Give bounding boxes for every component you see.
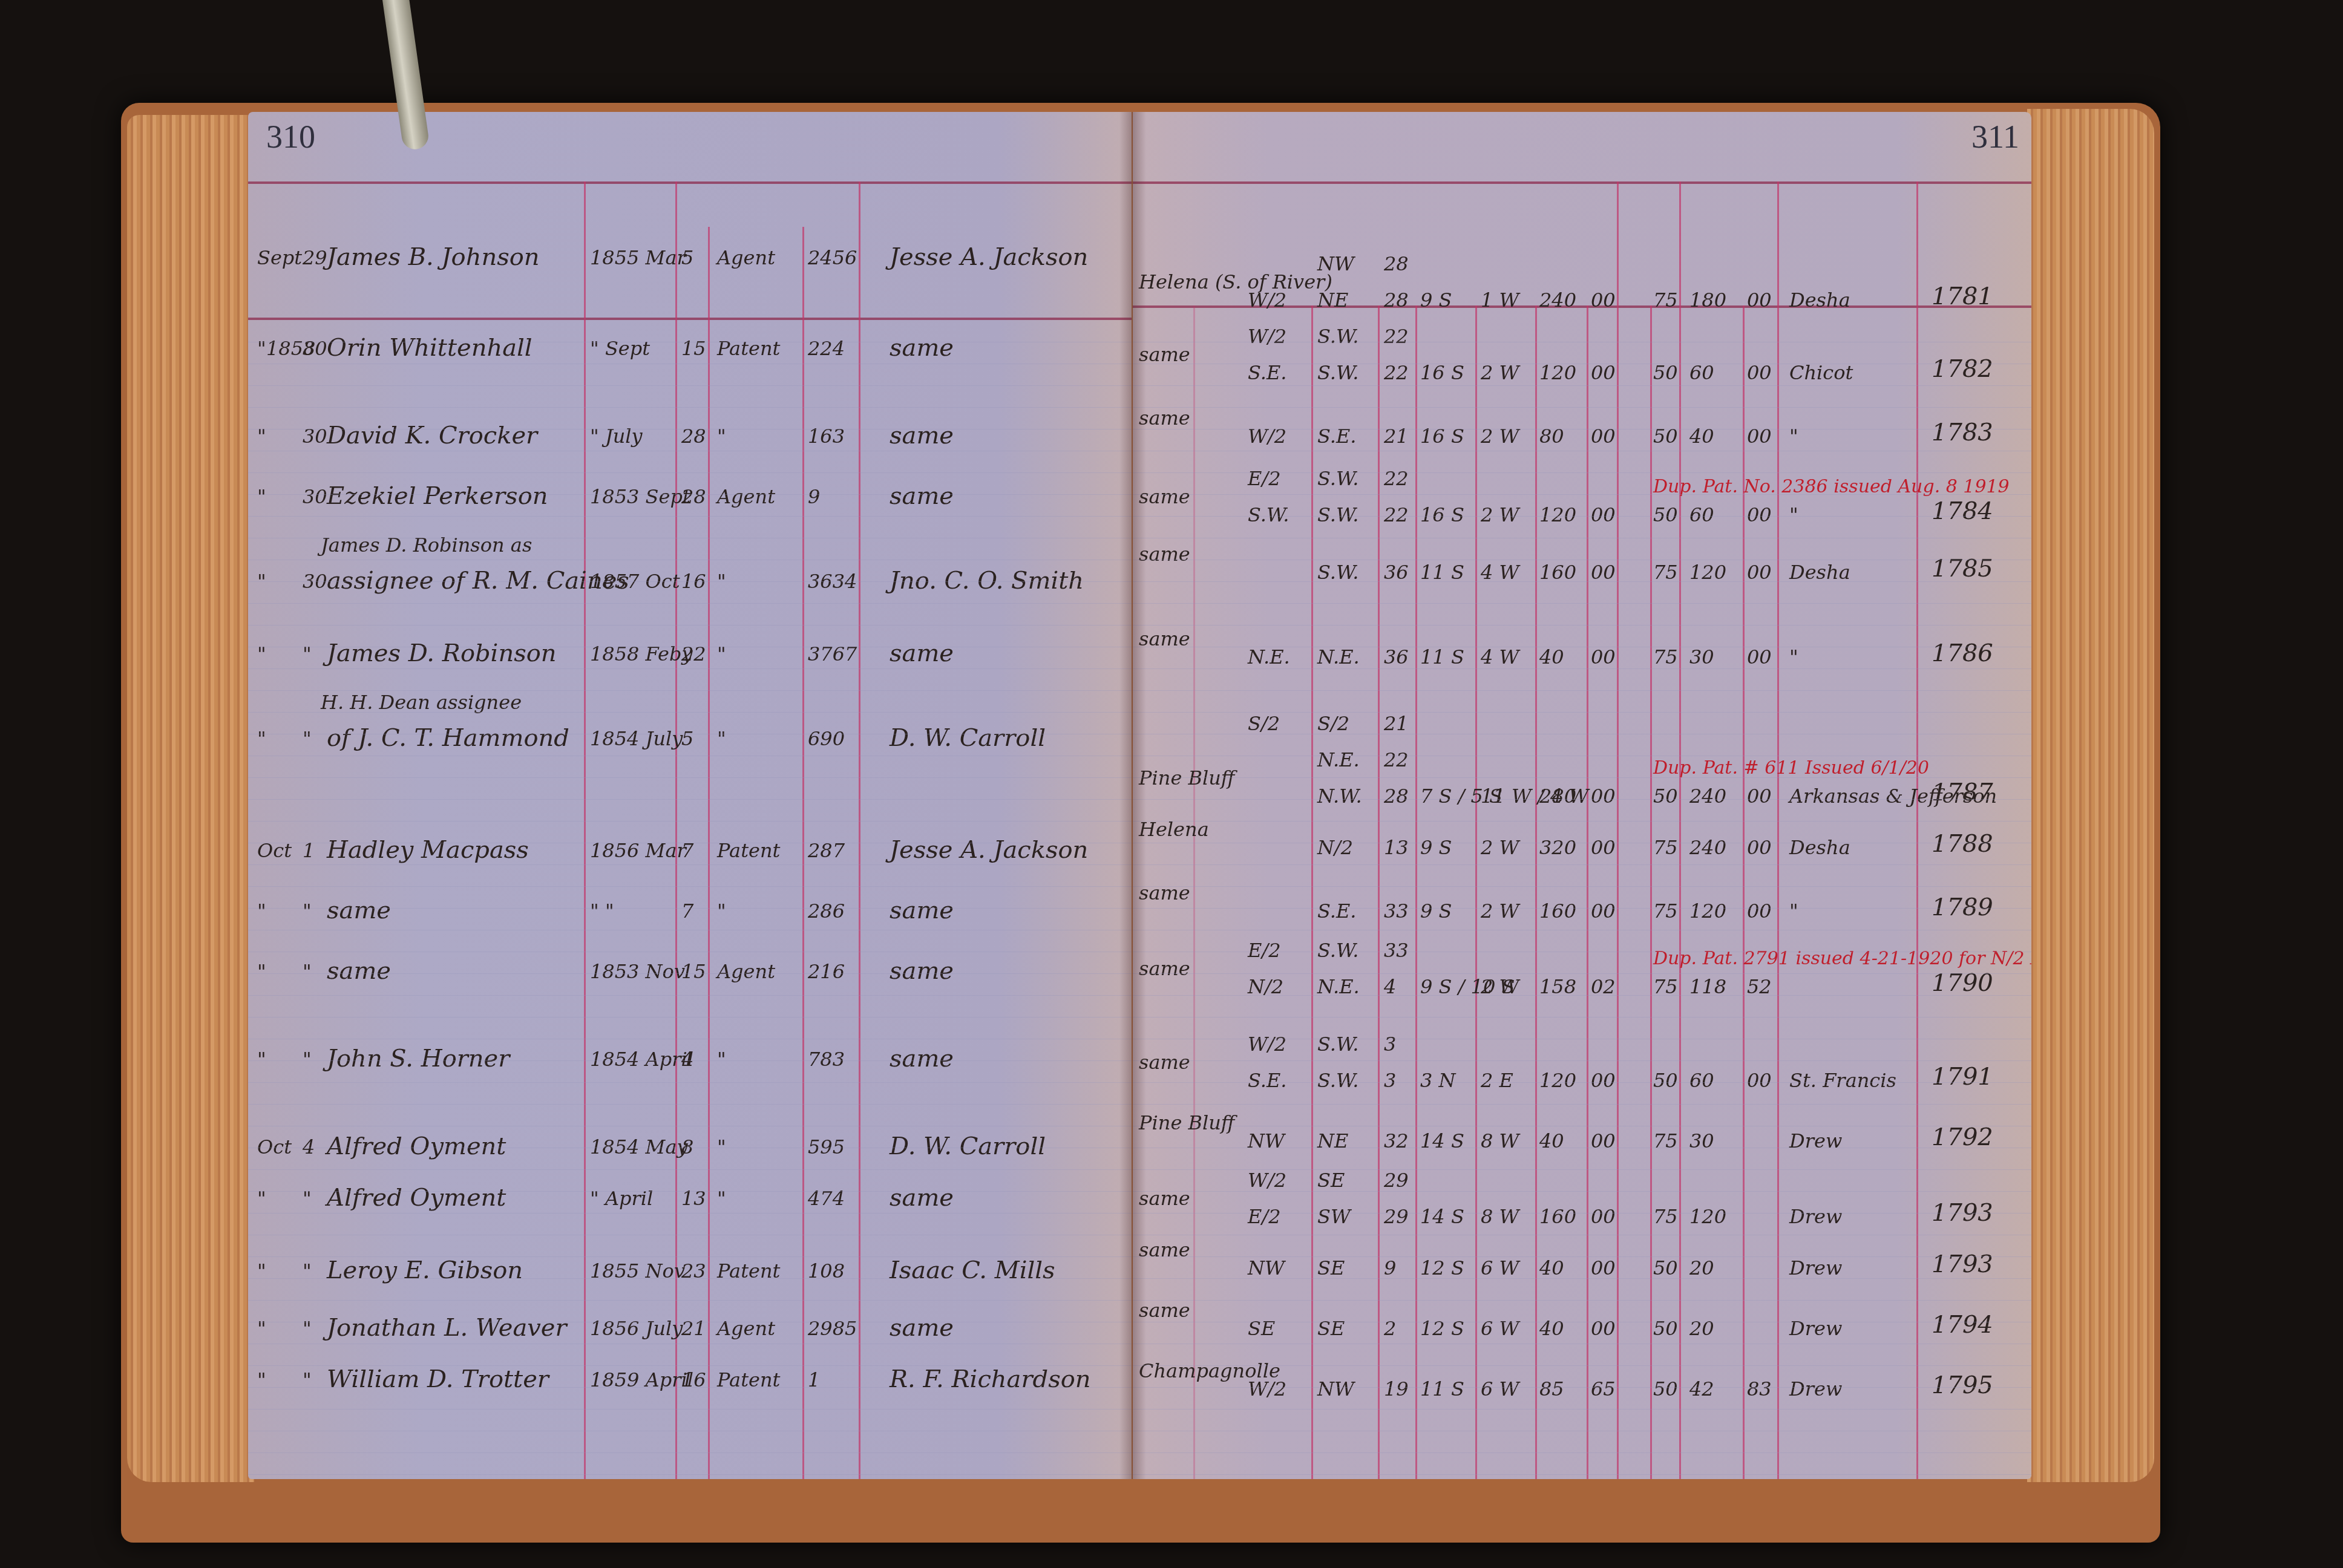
entry-rate: 75	[1653, 901, 1678, 921]
entry-acres: 280	[1539, 786, 1576, 806]
ruled-line	[1133, 1017, 2031, 1018]
entry-patent-no: 1789	[1932, 895, 1993, 920]
ruled-line	[248, 1474, 1132, 1475]
entry-patent-no: 1784	[1932, 499, 1993, 523]
entry-part: NW	[1248, 1258, 1285, 1278]
entry-quarter: N/2	[1317, 838, 1353, 857]
entry-acres: 40	[1539, 1258, 1564, 1278]
ruled-line	[248, 1082, 1132, 1083]
ruled-line	[1133, 734, 2031, 734]
ruled-line	[248, 973, 1132, 974]
ruled-line	[248, 843, 1132, 843]
entry-range: 2 W	[1481, 901, 1519, 921]
entry-quarter: S.W.	[1317, 563, 1358, 582]
entry-cert-day: 15	[681, 962, 706, 981]
entry-quarter: S.W.	[1317, 327, 1358, 346]
entry-rate: 50	[1653, 1258, 1678, 1278]
entry-acres: 240	[1539, 290, 1576, 310]
entry-cert-day: 7	[681, 901, 693, 921]
entry-quarter: S.E.	[1317, 901, 1356, 921]
entry-agent: same	[890, 1047, 954, 1071]
entry-day: "	[303, 729, 312, 748]
entry-acres-fraction: 00	[1591, 786, 1616, 806]
column-rule	[708, 227, 710, 1479]
column-rule	[1193, 305, 1195, 1479]
entry-section: 9	[1384, 1258, 1396, 1278]
entry-delivery: "	[717, 1137, 726, 1157]
ruled-line	[248, 1126, 1132, 1126]
entry-township: 11 S	[1420, 1379, 1464, 1399]
entry-cert-date: 1853 Nov	[590, 962, 685, 981]
entry-day: "	[303, 962, 312, 981]
ruled-line	[248, 799, 1132, 800]
ruled-line	[248, 1431, 1132, 1431]
entry-agent: same	[890, 423, 954, 448]
entry-amount-cents: 00	[1747, 1071, 1772, 1090]
ruled-line	[1133, 1082, 2031, 1083]
ruled-line	[248, 1365, 1132, 1366]
ruled-line	[1133, 581, 2031, 582]
entry-acres-fraction: 00	[1591, 1207, 1616, 1226]
ruled-line	[248, 1169, 1132, 1170]
ruled-line	[1133, 995, 2031, 996]
entry-day: "	[303, 901, 312, 921]
column-rule	[1777, 181, 1779, 1479]
entry-township: 9 S	[1420, 838, 1452, 857]
entry-part: S.E.	[1248, 363, 1286, 382]
ruled-line	[1133, 1322, 2031, 1322]
entry-name: Leroy E. Gibson	[327, 1258, 523, 1282]
ruled-line	[248, 1452, 1132, 1453]
entry-cert-date: 1854 May	[590, 1137, 688, 1157]
ruled-line	[248, 625, 1132, 626]
entry-section: 13	[1384, 838, 1409, 857]
entry-acres-fraction: 00	[1591, 563, 1616, 582]
entry-county: Desha	[1789, 563, 1850, 582]
entry-cert-day: 7	[681, 841, 693, 860]
ruled-line	[248, 1300, 1132, 1301]
entry-land-office: same	[1139, 1301, 1190, 1320]
entry-name: Orin Whittenhall	[327, 336, 532, 360]
entry-amount-cents: 83	[1747, 1379, 1772, 1399]
entry-quarter: S.W.	[1317, 469, 1358, 488]
entry-acres-fraction: 00	[1591, 290, 1616, 310]
entry-day: "	[303, 1050, 312, 1069]
entry-month: "	[257, 1050, 266, 1069]
entry-patent-no: 1787	[1932, 780, 1993, 805]
entry-acres: 85	[1539, 1379, 1564, 1399]
entry-patent-no: 1795	[1932, 1373, 1993, 1397]
column-rule	[802, 227, 804, 1479]
entry-delivery: "	[717, 901, 726, 921]
entry-part: W/2	[1248, 1379, 1286, 1399]
ruled-line	[248, 952, 1132, 952]
entry-range: 2 E	[1481, 1071, 1513, 1090]
entry-delivery: Agent	[717, 962, 775, 981]
ruled-line	[248, 908, 1132, 909]
entry-range: 4 W	[1481, 563, 1519, 582]
entry-patent-no: 1793	[1932, 1252, 1993, 1276]
entry-rate: 75	[1653, 563, 1678, 582]
ruled-line	[1133, 843, 2031, 843]
left-page-edges	[127, 115, 254, 1482]
entry-quarter: N.E.	[1317, 647, 1360, 667]
entry-amount: 60	[1689, 1071, 1714, 1090]
entry-acres: 158	[1539, 977, 1576, 996]
ruled-line	[1133, 1278, 2031, 1279]
entry-amount: 42	[1689, 1379, 1714, 1399]
entry-part: N.E.	[1248, 647, 1290, 667]
left-page: 310 1858 Sept29James B. Johnson1855 Mar5…	[248, 112, 1132, 1479]
entry-cert-date: 1856 Mar	[590, 841, 686, 860]
entry-quarter: S.W.	[1317, 941, 1358, 960]
entry-range: 8 W	[1481, 1207, 1519, 1226]
entry-quarter: N.E.	[1317, 977, 1360, 996]
entry-section: 22	[1384, 327, 1409, 346]
ruled-line	[1133, 1344, 2031, 1344]
ruled-line	[248, 886, 1132, 887]
entry-quarter: NW	[1317, 254, 1354, 273]
entry-acres-fraction: 00	[1591, 1071, 1616, 1090]
entry-rate: 50	[1653, 1379, 1678, 1399]
ruled-line	[248, 516, 1132, 517]
entry-patent-no: 1782	[1932, 357, 1993, 381]
entry-cert-date: 1855 Mar	[590, 248, 686, 267]
ruled-line	[1133, 1452, 2031, 1453]
entry-name: same	[327, 959, 391, 983]
correction-note: Dup. Pat. # 611 Issued 6/1/20	[1653, 759, 1929, 777]
entry-section: 29	[1384, 1207, 1409, 1226]
entry-cert-day: 8	[681, 1137, 693, 1157]
entry-amount-cents: 00	[1747, 901, 1772, 921]
entry-acres: 120	[1539, 505, 1576, 524]
entry-amount-cents: 00	[1747, 563, 1772, 582]
entry-name: Hadley Macpass	[327, 838, 529, 862]
entry-rate: 50	[1653, 505, 1678, 524]
entry-day: 4	[303, 1137, 315, 1157]
entry-month: "	[257, 729, 266, 748]
entry-day: 30	[303, 487, 327, 506]
ruled-line	[248, 930, 1132, 930]
entry-quarter: N.E.	[1317, 750, 1360, 769]
entry-part: E/2	[1248, 1207, 1281, 1226]
entry-section: 33	[1384, 901, 1409, 921]
ruled-line	[1133, 429, 2031, 430]
entry-acres: 160	[1539, 1207, 1576, 1226]
ruled-line	[248, 1344, 1132, 1344]
entry-land-office: same	[1139, 544, 1190, 564]
entry-county: Chicot	[1789, 363, 1853, 382]
entry-acres-fraction: 00	[1591, 838, 1616, 857]
entry-part: E/2	[1248, 469, 1281, 488]
ruled-line	[248, 385, 1132, 386]
entry-amount: 120	[1689, 901, 1726, 921]
entry-delivery: "	[717, 729, 726, 748]
right-page-edges	[2027, 109, 2154, 1482]
entry-acres: 160	[1539, 563, 1576, 582]
entry-month: Sept	[257, 248, 302, 267]
entry-patent-no: 1785	[1932, 557, 1993, 581]
entry-rate: 75	[1653, 838, 1678, 857]
left-page-number: 310	[266, 118, 315, 155]
entry-name: William D. Trotter	[327, 1367, 549, 1391]
entry-quarter: NW	[1317, 1379, 1354, 1399]
entry-acres-fraction: 00	[1591, 505, 1616, 524]
header-rule-top	[1133, 181, 2031, 184]
entry-agent: same	[890, 1316, 954, 1340]
entry-part: S/2	[1248, 714, 1280, 733]
entry-agent: same	[890, 641, 954, 665]
entry-county: Drew	[1789, 1258, 1842, 1278]
ruled-line	[1133, 821, 2031, 822]
entry-part: W/2	[1248, 290, 1286, 310]
entry-agent: same	[890, 336, 954, 360]
entry-township: 12 S	[1420, 1258, 1464, 1278]
entry-range: 4 W	[1481, 647, 1519, 667]
entry-section: 22	[1384, 363, 1409, 382]
ruled-line	[248, 1148, 1132, 1148]
ruled-line	[1133, 364, 2031, 364]
ruled-line	[248, 538, 1132, 538]
entry-patent-no: 1786	[1932, 641, 1993, 665]
entry-part: N/2	[1248, 977, 1283, 996]
entry-land-office: same	[1139, 487, 1190, 506]
entry-acres-fraction: 00	[1591, 1258, 1616, 1278]
ruled-line	[1133, 1387, 2031, 1388]
column-rule	[1311, 305, 1313, 1479]
entry-cert-day: 5	[681, 248, 693, 267]
entry-land-office: same	[1139, 959, 1190, 978]
entry-acres: 160	[1539, 901, 1576, 921]
entry-rate: 50	[1653, 1071, 1678, 1090]
entry-rate: 75	[1653, 977, 1678, 996]
ruled-line	[248, 1017, 1132, 1018]
header-rule-bottom	[248, 318, 1132, 320]
entry-part: W/2	[1248, 1171, 1286, 1190]
ruled-line	[1133, 1300, 2031, 1301]
ruled-line	[1133, 952, 2031, 952]
entry-land-office: Helena (S. of River)	[1139, 272, 1332, 292]
ruled-line	[248, 472, 1132, 473]
entry-amount: 30	[1689, 647, 1714, 667]
ruled-line	[1133, 930, 2031, 930]
entry-delivery: Agent	[717, 487, 775, 506]
ruled-line	[248, 1387, 1132, 1388]
ruled-line	[1133, 1235, 2031, 1235]
column-rule	[1378, 305, 1380, 1479]
column-rule	[1587, 305, 1588, 1479]
ruled-line	[248, 1213, 1132, 1214]
ruled-line	[248, 1060, 1132, 1061]
entry-acres-fraction: 00	[1591, 363, 1616, 382]
entry-land-office: Pine Bluff	[1139, 1113, 1235, 1132]
entry-quarter: S.W.	[1317, 505, 1358, 524]
entry-amount: 60	[1689, 363, 1714, 382]
correction-note: Dup. Pat. 2791 issued 4-21-1920 for N/2 …	[1653, 950, 2031, 968]
entry-cert-day: 4	[681, 1050, 693, 1069]
entry-month: "	[257, 962, 266, 981]
entry-delivery: Patent	[717, 841, 780, 860]
ruled-line	[248, 1104, 1132, 1105]
ruled-line	[1133, 516, 2031, 517]
entry-cert-no: 690	[808, 729, 845, 748]
entry-quarter: SE	[1317, 1171, 1345, 1190]
ruled-line	[248, 560, 1132, 560]
ruled-line	[1133, 625, 2031, 626]
ruled-line	[248, 1322, 1132, 1322]
entry-amount: 120	[1689, 1207, 1726, 1226]
entry-land-office: same	[1139, 345, 1190, 364]
entry-land-office: Pine Bluff	[1139, 768, 1235, 788]
ruled-line	[248, 603, 1132, 604]
entry-section: 33	[1384, 941, 1409, 960]
entry-agent: R. F. Richardson	[890, 1367, 1091, 1391]
ruled-line	[248, 668, 1132, 669]
ruled-line	[1133, 864, 2031, 865]
entry-quarter: S.W.	[1317, 1071, 1358, 1090]
ruled-line	[1133, 1169, 2031, 1170]
entry-quarter: SE	[1317, 1258, 1345, 1278]
right-page-number: 311	[1971, 118, 2019, 155]
ruled-line	[1133, 494, 2031, 495]
entry-name: James D. Robinson	[327, 641, 557, 665]
entry-agent: same	[890, 484, 954, 508]
entry-county: Drew	[1789, 1379, 1842, 1399]
ruled-line	[248, 821, 1132, 822]
ruled-line	[1133, 647, 2031, 647]
entry-county: Desha	[1789, 290, 1850, 310]
entry-cert-no: 287	[808, 841, 845, 860]
entry-acres: 120	[1539, 363, 1576, 382]
ruled-line	[1133, 342, 2031, 342]
ruled-line	[1133, 1213, 2031, 1214]
ruled-line	[1133, 1365, 2031, 1366]
ruled-line	[248, 756, 1132, 756]
entry-quarter: NE	[1317, 290, 1348, 310]
entry-range: 2 W	[1481, 505, 1519, 524]
entry-amount: 118	[1689, 977, 1726, 996]
entry-cert-date: 1854 April	[590, 1050, 693, 1069]
entry-patent-no: 1794	[1932, 1313, 1993, 1337]
entry-cert-no: 595	[808, 1137, 845, 1157]
entry-township: 3 N	[1420, 1071, 1456, 1090]
ruled-line	[248, 995, 1132, 996]
entry-cert-date: 1853 Sept	[590, 487, 690, 506]
ruled-line	[248, 690, 1132, 691]
entry-name: Alfred Oyment	[327, 1186, 506, 1210]
column-rule	[859, 181, 860, 1479]
entry-quarter: N.W.	[1317, 786, 1362, 806]
entry-range: 6 W	[1481, 1258, 1519, 1278]
entry-county: St. Francis	[1789, 1071, 1896, 1090]
ruled-line	[1133, 407, 2031, 408]
entry-month: "	[257, 901, 266, 921]
entry-township: 9 S	[1420, 290, 1452, 310]
entry-day: 1	[303, 841, 315, 860]
entry-agent: Jesse A. Jackson	[890, 245, 1088, 269]
entry-cert-no: 2456	[808, 248, 857, 267]
book-gutter	[1119, 112, 1146, 1479]
ruled-line	[248, 407, 1132, 408]
entry-acres: 120	[1539, 1071, 1576, 1090]
ruled-line	[248, 364, 1132, 364]
entry-cert-no: 9	[808, 487, 820, 506]
ruled-line	[248, 1278, 1132, 1279]
entry-agent: D. W. Carroll	[890, 1134, 1046, 1158]
entry-name: Jonathan L. Weaver	[327, 1316, 567, 1340]
entry-rate: 75	[1653, 1207, 1678, 1226]
column-rule	[1415, 305, 1417, 1479]
entry-name: James B. Johnson	[327, 245, 540, 269]
ruled-line	[1133, 1256, 2031, 1257]
entry-section: 28	[1384, 786, 1409, 806]
ruled-line	[248, 1235, 1132, 1235]
entry-name-line1: H. H. Dean assignee	[321, 693, 522, 712]
ruled-line	[1133, 1409, 2031, 1410]
ruled-line	[248, 647, 1132, 647]
entry-month: Oct	[257, 1137, 292, 1157]
entry-agent: same	[890, 1186, 954, 1210]
entry-county: "	[1789, 505, 1798, 524]
column-rule	[1650, 305, 1652, 1479]
entry-amount: 60	[1689, 505, 1714, 524]
ruled-line	[1133, 690, 2031, 691]
entry-section: 29	[1384, 1171, 1409, 1190]
entry-delivery: Agent	[717, 248, 775, 267]
ruled-line	[1133, 603, 2031, 604]
ruled-line	[248, 712, 1132, 713]
entry-patent-no: 1783	[1932, 420, 1993, 445]
entry-county: "	[1789, 647, 1798, 667]
entry-agent: Jesse A. Jackson	[890, 838, 1088, 862]
right-page: 311 Helena (S. of River)W/2NWNE28289 S1 …	[1133, 112, 2031, 1479]
entry-range: 1 W	[1481, 290, 1519, 310]
entry-amount-cents: 00	[1747, 647, 1772, 667]
ruled-line	[1133, 908, 2031, 909]
entry-section: 19	[1384, 1379, 1409, 1399]
entry-patent-no: 1781	[1932, 284, 1993, 309]
entry-name: David K. Crocker	[327, 423, 537, 448]
entry-quarter: S/2	[1317, 714, 1349, 733]
entry-cert-no: 216	[808, 962, 845, 981]
column-rule	[1617, 181, 1619, 1479]
ruled-line	[248, 734, 1132, 734]
ruled-line	[1133, 1039, 2031, 1039]
entry-amount-cents: 00	[1747, 363, 1772, 382]
ruled-line	[1133, 560, 2031, 560]
entry-delivery: "	[717, 1050, 726, 1069]
entry-amount: 120	[1689, 563, 1726, 582]
entry-section: 28	[1384, 290, 1409, 310]
entry-section: 22	[1384, 505, 1409, 524]
entry-day: 29	[303, 248, 327, 267]
entry-section: 4	[1384, 977, 1396, 996]
column-rule	[584, 181, 586, 1479]
ruled-line	[248, 494, 1132, 495]
ruled-line	[248, 1191, 1132, 1192]
entry-range: 2 W	[1481, 838, 1519, 857]
entry-agent: Isaac C. Mills	[890, 1258, 1055, 1282]
entry-land-office: same	[1139, 408, 1190, 428]
ruled-line	[1133, 385, 2031, 386]
ruled-line	[1133, 1060, 2031, 1061]
ruled-line	[1133, 756, 2031, 756]
entry-township: 16 S	[1420, 363, 1464, 382]
entry-name: assignee of R. M. Caines	[327, 569, 629, 593]
entry-acres: 40	[1539, 647, 1564, 667]
entry-acres-fraction: 00	[1591, 647, 1616, 667]
ruled-line	[1133, 472, 2031, 473]
